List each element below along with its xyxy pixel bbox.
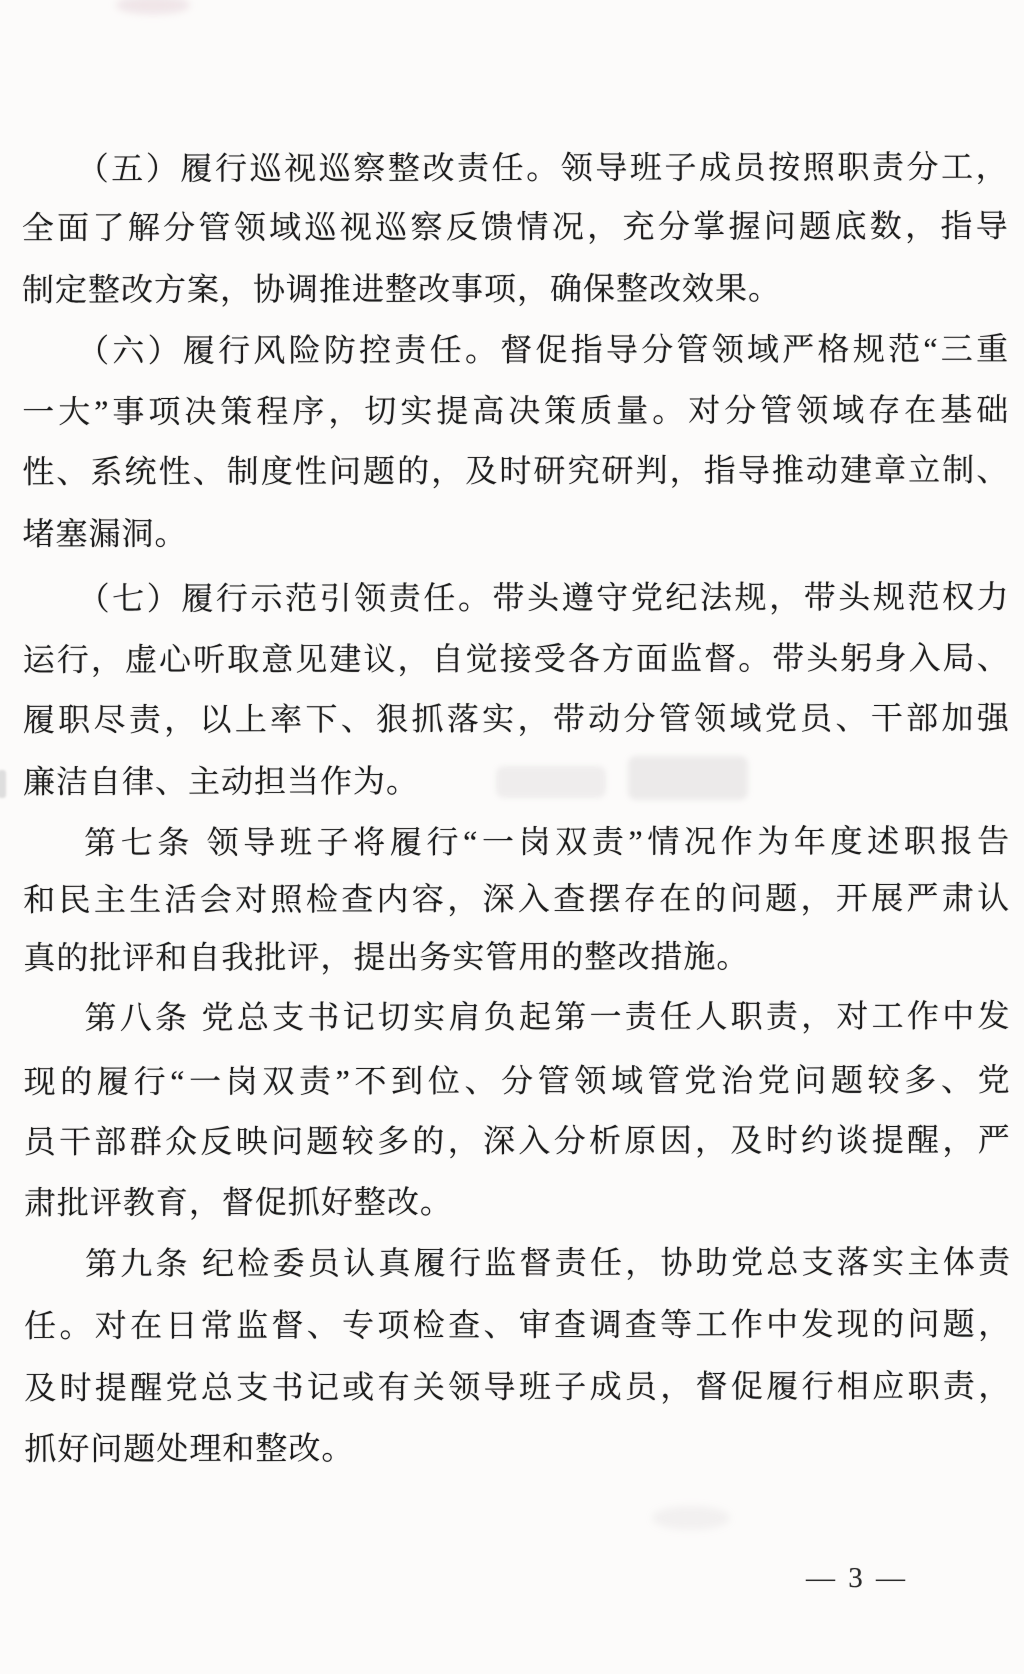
doc-line: 履职尽责，以上率下、狠抓落实，带动分管领域党员、干部加强	[23, 698, 1010, 742]
doc-line: 任。对在日常监督、专项检查、审查调查等工作中发现的问题，	[24, 1304, 1011, 1348]
doc-line: 性、系统性、制度性问题的，及时研究研判，指导推动建章立制、	[22, 450, 1009, 494]
doc-line: 第八条 党总支书记切实肩负起第一责任人职责，对工作中发	[84, 996, 1010, 1040]
page-number: — 3 —	[806, 1562, 908, 1595]
doc-line: 肃批评教育，督促抓好整改。	[24, 1182, 453, 1225]
doc-line: 和民主生活会对照检查内容，深入查摆存在的问题，开展严肃认	[23, 878, 1010, 922]
doc-line: 第七条 领导班子将履行“一岗双责”情况作为年度述职报告	[84, 821, 1010, 865]
document-body: （五）履行巡视巡察整改责任。领导班子成员按照职责分工， 全面了解分管领域巡视巡察…	[0, 0, 1024, 1674]
doc-line: 员干部群众反映问题较多的，深入分析原因，及时约谈提醒，严	[24, 1120, 1011, 1164]
doc-line: 一大”事项决策程序，切实提高决策质量。对分管领域存在基础	[22, 390, 1009, 434]
doc-line: 全面了解分管领域巡视巡察反馈情况，充分掌握问题底数，指导	[22, 206, 1009, 250]
doc-line: （六）履行风险防控责任。督促指导分管领域严格规范“三重	[77, 329, 1009, 373]
scanned-document-page: （五）履行巡视巡察整改责任。领导班子成员按照职责分工， 全面了解分管领域巡视巡察…	[0, 0, 1024, 1674]
doc-line: 真的批评和自我批评，提出务实管用的整改措施。	[23, 936, 749, 980]
doc-line: 及时提醒党总支书记或有关领导班子成员，督促履行相应职责，	[24, 1366, 1011, 1410]
doc-line: （七）履行示范引领责任。带头遵守党纪法规，带头规范权力	[78, 577, 1010, 621]
doc-line: 堵塞漏洞。	[22, 513, 187, 555]
doc-line: 制定整改方案，协调推进整改事项，确保整改效果。	[22, 268, 781, 312]
doc-line: 抓好问题处理和整改。	[24, 1428, 354, 1471]
doc-line: 现的履行“一岗双责”不到位、分管领域管党治党问题较多、党	[24, 1060, 1011, 1104]
doc-line: （五）履行巡视巡察整改责任。领导班子成员按照职责分工，	[77, 147, 1009, 191]
doc-line: 廉洁自律、主动担当作为。	[23, 761, 419, 804]
doc-line: 第九条 纪检委员认真履行监督责任，协助党总支落实主体责	[85, 1242, 1011, 1286]
doc-line: 运行，虚心听取意见建议，自觉接受各方面监督。带头躬身入局、	[23, 638, 1010, 682]
